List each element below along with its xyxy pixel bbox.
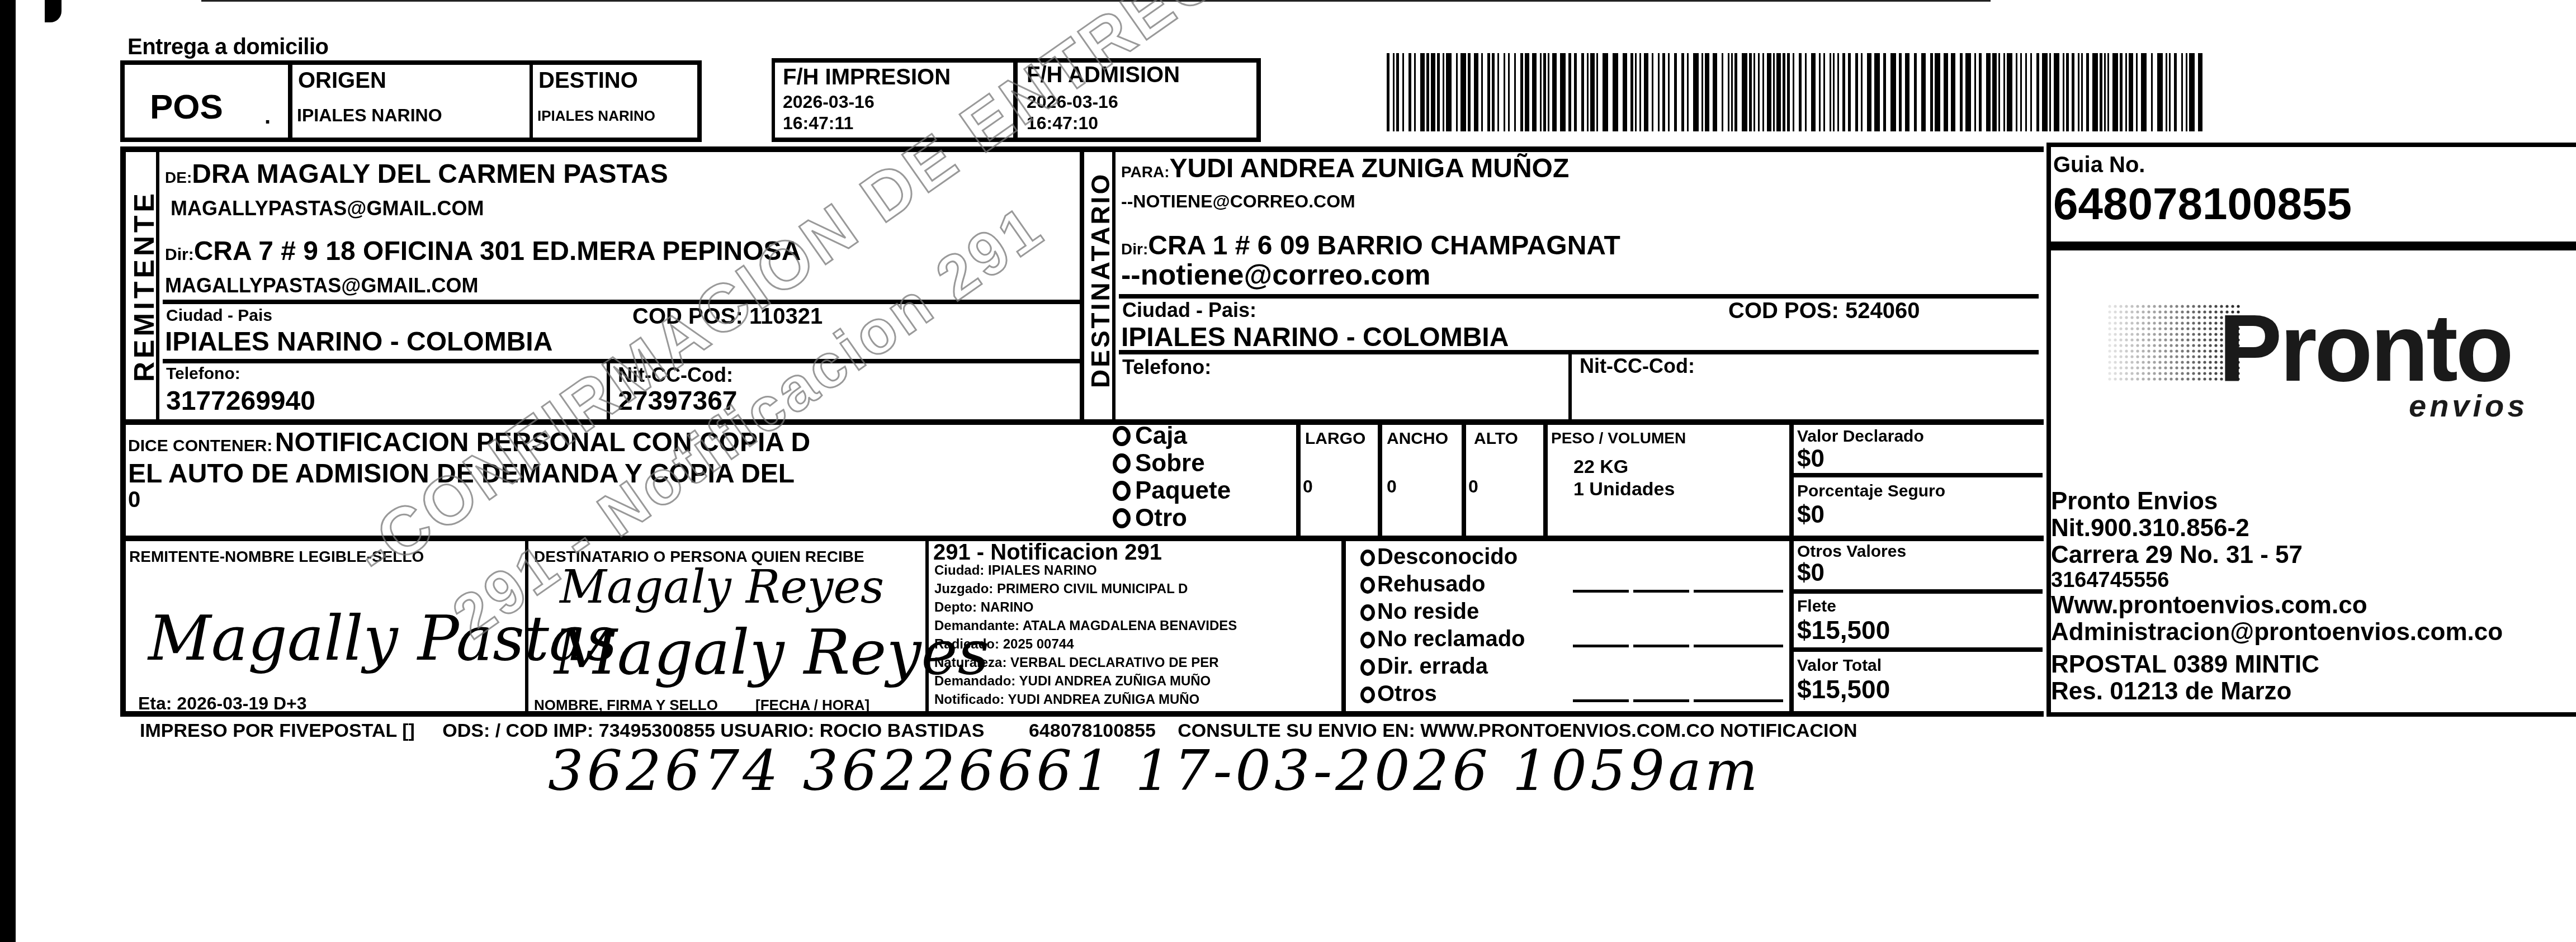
barcode-bar [2086, 53, 2089, 131]
valor-declarado-cell: Valor Declarado $0 [1794, 423, 2043, 477]
divider [1789, 423, 1794, 711]
barcode-bar [1414, 53, 1416, 131]
destinatario-name-row: PARA:YUDI ANDREA ZUNIGA MUÑOZ [1121, 153, 1569, 184]
barcode-bar [1568, 53, 1571, 131]
package-type-option[interactable]: Otro [1113, 504, 1292, 532]
remitente-address: CRA 7 # 9 18 OFICINA 301 ED.MERA PEPINOS… [194, 236, 801, 266]
radio-icon[interactable] [1360, 659, 1375, 676]
company-info: Pronto Envios Nit.900.310.856-2 Carrera … [2051, 488, 2503, 705]
radio-icon[interactable] [1113, 426, 1131, 446]
barcode-bar [2151, 53, 2153, 131]
barcode-bar [1734, 53, 1737, 131]
header-table: POS . ORIGEN IPIALES NARINO DESTINO IPIA… [120, 60, 702, 142]
alto-label: ALTO [1474, 429, 1518, 448]
destinatario-sidebar: DESTINATARIO [1084, 152, 1116, 420]
barcode-bar [1574, 53, 1577, 131]
remitente-name: DRA MAGALY DEL CARMEN PASTAS [192, 159, 668, 189]
barcode-bar [1979, 53, 1982, 131]
devolucion-option[interactable]: Dir. errada [1360, 653, 1785, 680]
barcode-bar [2112, 53, 2118, 131]
barcode-bar [1504, 53, 1505, 131]
destino-cell: DESTINO IPIALES NARINO [533, 65, 779, 138]
remitente-telefono-label: Telefono: [166, 365, 240, 384]
company-name: Pronto Envios [2051, 488, 2503, 515]
devolucion-option[interactable]: Rehusado [1360, 571, 1785, 598]
package-type-label: Sobre [1135, 449, 1205, 477]
peso-cell: PESO / VOLUMEN 22 KG 1 Unidades [1543, 423, 1789, 537]
barcode-bar [1965, 53, 1971, 131]
barcode-bar [2104, 53, 2106, 131]
barcode-bar [1753, 53, 1755, 131]
destinatario-address: CRA 1 # 6 09 BARRIO CHAMPAGNAT [1148, 231, 1620, 261]
remitente-nit-value: 27397367 [618, 386, 738, 416]
barcode-bar [1532, 53, 1537, 131]
barcode-bar [2025, 53, 2027, 131]
package-type-label: Otro [1135, 504, 1187, 532]
barcode-bar [1773, 53, 1775, 131]
barcode-bar [1749, 53, 1752, 131]
destinatario-main: PARA:YUDI ANDREA ZUNIGA MUÑOZ --NOTIENE@… [1119, 152, 2039, 299]
pos-dot: . [264, 104, 271, 129]
fh-impresion-date: 2026-03-16 [783, 92, 875, 112]
barcode-bar [1974, 53, 1976, 131]
barcode-bar [1783, 53, 1785, 131]
barcode-bar [2198, 53, 2202, 131]
firma-remitente-label: REMITENTE-NOMBRE LEGIBLE-SELLO [129, 548, 424, 566]
barcode-bar [1930, 53, 1933, 131]
package-type-option[interactable]: Paquete [1113, 477, 1292, 504]
remitente-email-1: MAGALLYPASTAS@GMAIL.COM [171, 197, 484, 220]
barcode-bar [1420, 53, 1425, 131]
guia-cell: Guia No. 648078100855 [2046, 143, 2576, 246]
origen-label: ORIGEN [298, 68, 386, 93]
package-type-label: Caja [1135, 422, 1187, 449]
barcode-bar [1587, 53, 1589, 131]
logo-sub-text: envios [2409, 387, 2528, 424]
service-type: Entrega a domicilio [127, 35, 328, 60]
barcode-bar [2049, 53, 2051, 131]
firma-footer-left: NOMBRE, FIRMA Y SELLO [534, 697, 718, 714]
barcode-bar [2181, 53, 2183, 131]
barcode-bar [1402, 53, 1404, 131]
notificacion-line: Naturaleza: VERBAL DECLARATIVO DE PER [934, 654, 1237, 672]
barcode-bar [2125, 53, 2127, 131]
largo-label: LARGO [1305, 429, 1365, 448]
barcode-bar [1662, 53, 1665, 131]
barcode-bar [1713, 53, 1717, 131]
barcode-bar [1468, 53, 1471, 131]
barcode-bar [1951, 53, 1955, 131]
porcentaje-seguro-cell: Porcentaje Seguro $0 [1794, 477, 2043, 537]
peso-label: PESO / VOLUMEN [1551, 429, 1686, 447]
contenido-label: DICE CONTENER: [128, 437, 272, 455]
otros-valores-cell: Otros Valores $0 [1794, 537, 2043, 594]
logo-main-text: Pronto [2219, 301, 2512, 396]
barcode-bar [2030, 53, 2032, 131]
barcode-bar [2092, 53, 2098, 131]
company-phone: 3164745556 [2051, 569, 2503, 592]
barcode-bar [1722, 53, 1723, 131]
destinatario-email-1: --NOTIENE@CORREO.COM [1121, 191, 1355, 212]
barcode-bar [1833, 53, 1835, 131]
barcode-bar [2100, 53, 2102, 131]
remitente-sidebar: REMITENTE [126, 152, 159, 420]
firma-destinatario-cell: DESTINATARIO O PERSONA QUIEN RECIBE Maga… [532, 541, 929, 714]
barcode-bar [1861, 53, 1863, 131]
destinatario-ciudad-label: Ciudad - Pais: [1122, 299, 1256, 322]
scan-top-line [201, 0, 1991, 2]
valor-declarado-label: Valor Declarado [1797, 427, 1924, 446]
barcode-bar [1805, 53, 1807, 131]
barcode-bar [1944, 53, 1948, 131]
porcentaje-seguro-label: Porcentaje Seguro [1797, 482, 1945, 501]
barcode-bar [2063, 53, 2064, 131]
flete-cell: Flete $15,500 [1794, 594, 2043, 652]
remitente-cod-pos: COD POS: 110321 [632, 304, 823, 329]
barcode-bar [1668, 53, 1670, 131]
barcode-bar [1437, 53, 1440, 131]
de-prefix: DE: [165, 169, 192, 186]
barcode-bar [1635, 53, 1637, 131]
barcode-bar [2107, 53, 2109, 131]
remitente-telefono-value: 3177269940 [166, 386, 315, 416]
barcode-bar [1481, 53, 1483, 131]
barcode-bar [2081, 53, 2083, 131]
barcode-bar [1492, 53, 1495, 131]
destinatario-ciudad-row: Ciudad - Pais: IPIALES NARINO - COLOMBIA… [1119, 299, 2039, 354]
otros-valores-label: Otros Valores [1797, 542, 1906, 561]
barcode-bar [1867, 53, 1871, 131]
barcode-bar [1855, 53, 1858, 131]
barcode-bar [1935, 53, 1940, 131]
fh-admision-date: 2026-03-16 [1027, 92, 1118, 112]
barcode-bar [1520, 53, 1523, 131]
barcode-bar [1758, 53, 1760, 131]
devolucion-option[interactable]: No reside [1360, 598, 1785, 626]
radio-icon[interactable] [1113, 508, 1131, 528]
barcode-bar [1687, 53, 1689, 131]
barcode-bar [1426, 53, 1429, 131]
alto-value: 0 [1468, 476, 1478, 497]
flete-value: $15,500 [1797, 615, 1890, 645]
barcode-bar [1960, 53, 1963, 131]
contenido-text-3: 0 [128, 487, 140, 513]
footer-printed-by: IMPRESO POR FIVEPOSTAL [] [140, 720, 415, 741]
barcode-bar [1705, 53, 1709, 131]
package-type-option[interactable]: Sobre [1113, 449, 1292, 477]
flete-label: Flete [1797, 597, 1836, 616]
barcode-bar [1408, 53, 1411, 131]
valor-total-label: Valor Total [1797, 656, 1882, 675]
dir-prefix: Dir: [1121, 240, 1148, 258]
destinatario-signature-2: Magaly Reyes [554, 617, 989, 688]
peso-units: 1 Unidades [1573, 479, 1675, 500]
devolucion-option[interactable]: Desconocido [1360, 543, 1785, 571]
firma-remitente-cell: REMITENTE-NOMBRE LEGIBLE-SELLO Magally P… [126, 541, 528, 714]
ancho-value: 0 [1387, 476, 1397, 497]
barcode-bar [1986, 53, 1991, 131]
barcode-bar [1630, 53, 1633, 131]
remitente-ciudad-row: Ciudad - Pais IPIALES NARINO - COLOMBIA … [163, 304, 1080, 363]
company-resolution: Res. 01213 de Marzo [2051, 678, 2503, 705]
fh-impresion-time: 16:47:11 [783, 113, 853, 134]
barcode-bar [1603, 53, 1608, 131]
barcode-bar [1681, 53, 1684, 131]
barcode-bar [1596, 53, 1598, 131]
barcode-bar [1830, 53, 1831, 131]
barcode-bar [1613, 53, 1618, 131]
barcode-bar [1992, 53, 1997, 131]
devolucion-label: Rehusado [1377, 572, 1485, 597]
pos-cell: POS . [125, 65, 292, 138]
barcode-bar [1393, 53, 1395, 131]
remitente-address-row: Dir:CRA 7 # 9 18 OFICINA 301 ED.MERA PEP… [165, 236, 801, 267]
barcode-bar [1693, 53, 1699, 131]
barcode-bar [1883, 53, 1886, 131]
barcode-bar [1581, 53, 1584, 131]
fh-admision-cell: F/H ADMISION 2026-03-16 16:47:10 [1018, 63, 1252, 138]
barcode-bar [1474, 53, 1478, 131]
alto-cell: ALTO 0 [1462, 423, 1543, 537]
barcode-bar [1460, 53, 1466, 131]
barcode-bar [1443, 53, 1444, 131]
destino-value: IPIALES NARINO [537, 107, 655, 125]
barcode-bar [1776, 53, 1781, 131]
barcode-bar [2020, 53, 2022, 131]
valor-total-cell: Valor Total $15,500 [1794, 652, 2043, 711]
barcode-bar [1767, 53, 1771, 131]
remitente-name-row: DE:DRA MAGALY DEL CARMEN PASTAS [165, 159, 668, 190]
barcode-bar [1487, 53, 1490, 131]
barcode-bar [1456, 53, 1458, 131]
notificacion-line: Ciudad: IPIALES NARINO [934, 561, 1237, 580]
barcode-bar [1921, 53, 1926, 131]
destinatario-nit-cell: Nit-CC-Cod: [1575, 354, 2039, 420]
barcode-bar [2016, 53, 2017, 131]
origen-value: IPIALES NARINO [297, 105, 442, 126]
barcode-bar [1497, 53, 1499, 131]
fh-impresion-label: F/H IMPRESION [783, 65, 951, 90]
radio-icon[interactable] [1360, 604, 1375, 621]
barcode-bar [1998, 53, 2000, 131]
company-cell: Pronto envios Pronto Envios Nit.900.310.… [2046, 246, 2576, 717]
destino-label: DESTINO [538, 68, 638, 93]
devolucion-label: Otros [1377, 681, 1437, 706]
radio-icon[interactable] [1360, 687, 1375, 703]
barcode-bar [1823, 53, 1825, 131]
notificacion-line: Radicado: 2025 00744 [934, 635, 1237, 654]
barcode-bar [2136, 53, 2138, 131]
barcode-bar [1787, 53, 1790, 131]
notificacion-line: Demandante: ATALA MAGDALENA BENAVIDES [934, 617, 1237, 635]
barcode-bar [1842, 53, 1845, 131]
barcode-bar [2007, 53, 2012, 131]
radio-icon[interactable] [1360, 577, 1375, 594]
barcode-bar [2003, 53, 2005, 131]
package-type-option[interactable]: Caja [1113, 422, 1292, 449]
remitente-telefono-cell: Telefono: 3177269940 [163, 363, 610, 419]
remitente-main: DE:DRA MAGALY DEL CARMEN PASTAS MAGALLYP… [163, 152, 1080, 304]
devolucion-cell: DesconocidoRehusadoNo resideNo reclamado… [1350, 540, 1789, 713]
remitente-nit-label: Nit-CC-Cod: [618, 363, 733, 387]
barcode-bar [1874, 53, 1880, 131]
barcode-bar [1890, 53, 1896, 131]
barcode-bar [1819, 53, 1821, 131]
contenido-cell: DICE CONTENER: NOTIFICACION PERSONAL CON… [126, 425, 1110, 537]
barcode-bar [2120, 53, 2123, 131]
barcode-bar [2129, 53, 2133, 131]
fh-admision-time: 16:47:10 [1027, 113, 1098, 134]
devolucion-option[interactable]: No reclamado [1360, 626, 1785, 653]
largo-cell: LARGO 0 [1296, 423, 1378, 537]
valor-total-value: $15,500 [1797, 674, 1890, 704]
handwritten-note: 362674 36226661 17-03-2026 1059am [548, 738, 1761, 803]
barcode-bar [2036, 53, 2039, 131]
barcode-bar [1914, 53, 1917, 131]
date-blank-line [1573, 686, 1788, 713]
destinatario-signature-1: Magaly Reyes [560, 561, 884, 614]
company-email: Administracion@prontoenvios.com.co [2051, 619, 2503, 646]
package-type-label: Paquete [1135, 477, 1231, 504]
remitente-ciudad-value: IPIALES NARINO - COLOMBIA [165, 326, 552, 357]
notificacion-line: Demandado: YUDI ANDREA ZUÑIGA MUÑO [934, 672, 1237, 690]
barcode-bar [1762, 53, 1764, 131]
destinatario-address-row: Dir:CRA 1 # 6 09 BARRIO CHAMPAGNAT [1121, 230, 1620, 261]
barcode-bar [2078, 53, 2079, 131]
remitente-ciudad-label: Ciudad - Pais [166, 306, 272, 325]
barcode [1387, 53, 2209, 131]
devolucion-label: Desconocido [1377, 545, 1518, 569]
barcode-bar [1623, 53, 1627, 131]
header-dates: F/H IMPRESION 2026-03-16 16:47:11 F/H AD… [772, 58, 1261, 142]
barcode-bar [1590, 53, 1595, 131]
destinatario-email-2: --notiene@correo.com [1121, 258, 1430, 292]
barcode-bar [1728, 53, 1729, 131]
fh-admision-label: F/H ADMISION [1027, 63, 1180, 88]
barcode-bar [1525, 53, 1529, 131]
barcode-bar [1905, 53, 1909, 131]
radio-icon[interactable] [1113, 481, 1131, 501]
barcode-bar [2141, 53, 2147, 131]
barcode-bar [1652, 53, 1653, 131]
devolucion-label: No reside [1377, 599, 1479, 624]
barcode-bar [1446, 53, 1452, 131]
barcode-bar [2072, 53, 2074, 131]
company-nit: Nit.900.310.856-2 [2051, 515, 2503, 542]
barcode-bar [1508, 53, 1510, 131]
porcentaje-seguro-value: $0 [1797, 501, 1825, 529]
barcode-bar [1639, 53, 1641, 131]
destinatario-telefono-label: Telefono: [1122, 356, 1211, 379]
barcode-bar [1811, 53, 1816, 131]
barcode-bar [1514, 53, 1516, 131]
barcode-bar [1742, 53, 1747, 131]
company-web: Www.prontoenvios.com.co [2051, 592, 2503, 619]
fh-impresion-cell: F/H IMPRESION 2026-03-16 16:47:11 [772, 63, 1018, 138]
barcode-bar [1552, 53, 1557, 131]
barcode-bar [2174, 53, 2177, 131]
ancho-cell: ANCHO 0 [1378, 423, 1462, 537]
scan-border [0, 0, 16, 942]
barcode-bar [2054, 53, 2059, 131]
origen-cell: ORIGEN IPIALES NARINO [292, 65, 533, 138]
barcode-bar [1674, 53, 1677, 131]
contenido-text-1: NOTIFICACION PERSONAL CON COPIA D [275, 428, 810, 457]
dir-prefix: Dir: [165, 245, 194, 264]
company-address: Carrera 29 No. 31 - 57 [2051, 542, 2503, 569]
barcode-bar [1793, 53, 1794, 131]
company-license: RPOSTAL 0389 MINTIC [2051, 651, 2503, 678]
remitente-nit-cell: Nit-CC-Cod: 27397367 [613, 363, 1080, 419]
notificacion-line: Depto: NARINO [934, 598, 1237, 617]
remitente-email-2: MAGALLYPASTAS@GMAIL.COM [165, 274, 478, 297]
barcode-bar [2042, 53, 2048, 131]
divider [1080, 146, 1084, 420]
guia-label: Guia No. [2053, 153, 2145, 178]
remitente-section-label: REMITENTE [128, 174, 156, 398]
radio-icon[interactable] [1360, 632, 1375, 648]
barcode-bar [1387, 53, 1389, 131]
notificacion-lines: Ciudad: IPIALES NARINOJuzgado: PRIMERO C… [934, 561, 1237, 709]
devolucion-label: No reclamado [1377, 627, 1525, 651]
barcode-bar [1540, 53, 1542, 131]
barcode-bar [1560, 53, 1566, 131]
barcode-bar [1396, 53, 1399, 131]
radio-icon[interactable] [1113, 453, 1131, 474]
para-prefix: PARA: [1121, 163, 1170, 181]
barcode-bar [1548, 53, 1549, 131]
guia-number: 648078100855 [2053, 178, 2352, 230]
largo-value: 0 [1303, 476, 1313, 497]
barcode-bar [1899, 53, 1902, 131]
destinatario-ciudad-value: IPIALES NARINO - COLOMBIA [1121, 322, 1509, 353]
barcode-bar [1658, 53, 1660, 131]
barcode-bar [1543, 53, 1546, 131]
devolucion-label: Dir. errada [1377, 654, 1488, 679]
destinatario-nit-label: Nit-CC-Cod: [1580, 354, 1695, 378]
barcode-bar [1731, 53, 1733, 131]
notificacion-line: Notificado: YUDI ANDREA ZUÑIGA MUÑO [934, 690, 1237, 709]
barcode-bar [2186, 53, 2187, 131]
package-type-list: CajaSobrePaqueteOtro [1113, 422, 1292, 534]
barcode-bar [1837, 53, 1839, 131]
barcode-bar [2169, 53, 2171, 131]
scan-border-top [45, 0, 62, 22]
peso-weight: 22 KG [1573, 456, 1628, 478]
valor-declarado-value: $0 [1797, 445, 1825, 473]
devolucion-option[interactable]: Otros [1360, 680, 1785, 708]
destinatario-telefono-cell: Telefono: [1119, 354, 1572, 420]
barcode-bar [1701, 53, 1703, 131]
eta: Eta: 2026-03-19 D+3 [138, 693, 307, 714]
pos-label: POS [150, 87, 223, 127]
barcode-bar [2166, 53, 2167, 131]
barcode-bar [1799, 53, 1802, 131]
contenido-text-2: EL AUTO DE ADMISION DE DEMANDA Y COPIA D… [128, 458, 795, 489]
radio-icon[interactable] [1360, 550, 1375, 566]
contenido-line-1: DICE CONTENER: NOTIFICACION PERSONAL CON… [128, 427, 810, 458]
otros-valores-value: $0 [1797, 559, 1825, 587]
notificacion-cell: 291 - Notificacion 291 Ciudad: IPIALES N… [932, 540, 1346, 713]
barcode-bar [1644, 53, 1648, 131]
destinatario-section-label: DESTINATARIO [1085, 160, 1113, 400]
destinatario-name: YUDI ANDREA ZUNIGA MUÑOZ [1170, 154, 1570, 183]
destinatario-cod-pos: COD POS: 524060 [1728, 299, 1920, 324]
barcode-bar [2157, 53, 2163, 131]
barcode-bar [2066, 53, 2069, 131]
notificacion-line: Juzgado: PRIMERO CIVIL MUNICIPAL D [934, 580, 1237, 598]
barcode-bar [2189, 53, 2195, 131]
